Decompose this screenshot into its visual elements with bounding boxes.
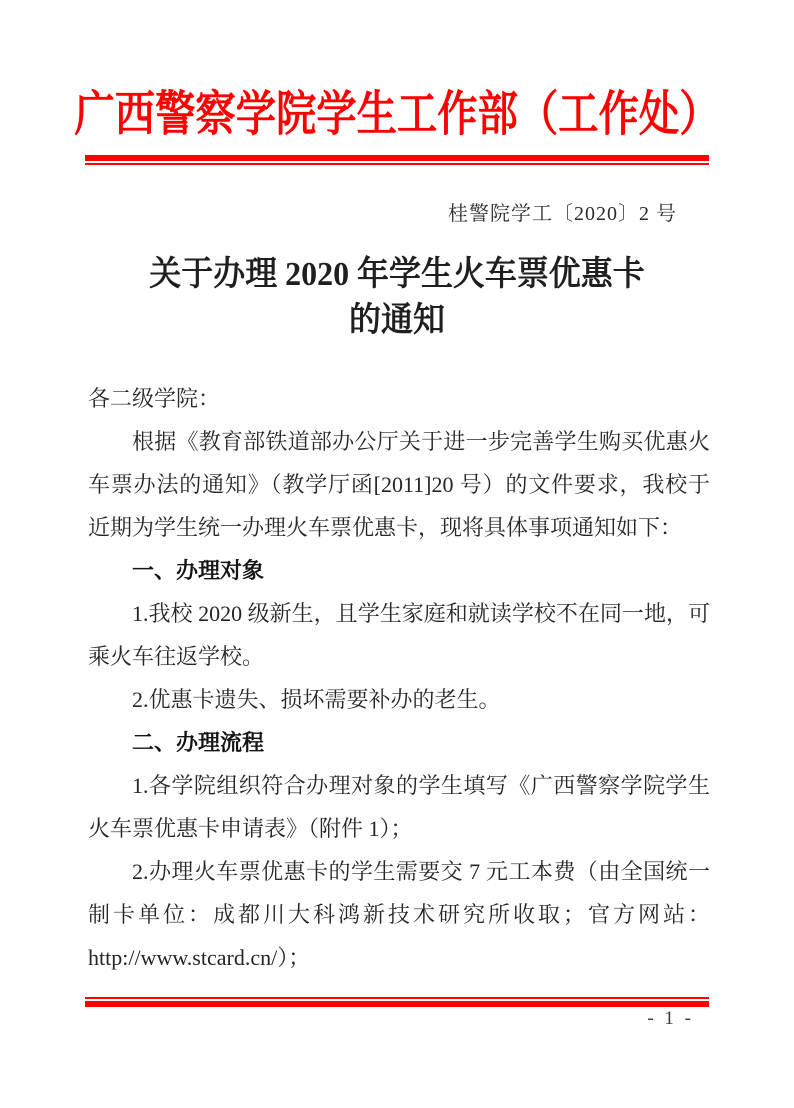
footer-double-rule xyxy=(85,997,709,1007)
notice-title: 关于办理 2020 年学生火车票优惠卡 的通知 xyxy=(24,252,770,344)
section-1-heading: 一、办理对象 xyxy=(88,549,710,592)
letterhead-org-title: 广西警察学院学生工作部（工作处） xyxy=(64,90,731,140)
document-page: 广西警察学院学生工作部（工作处） 桂警院学工〔2020〕2 号 关于办理 202… xyxy=(0,0,794,1108)
notice-body: 各二级学院： 根据《教育部铁道部办公厅关于进一步完善学生购买优惠火车票办法的通知… xyxy=(88,377,710,979)
document-number: 桂警院学工〔2020〕2 号 xyxy=(0,198,677,230)
intro-paragraph: 根据《教育部铁道部办公厅关于进一步完善学生购买优惠火车票办法的通知》（教学厅函[… xyxy=(88,420,710,549)
notice-title-line2: 的通知 xyxy=(24,298,770,344)
section-2-heading: 二、办理流程 xyxy=(88,721,710,764)
section-2-item-2: 2.办理火车票优惠卡的学生需要交 7 元工本费（由全国统一制卡单位：成都川大科鸿… xyxy=(88,850,710,979)
section-1-item-1: 1.我校 2020 级新生，且学生家庭和就读学校不在同一地，可乘火车往返学校。 xyxy=(88,592,710,678)
page-number: - 1 - xyxy=(647,1008,694,1030)
notice-title-line1: 关于办理 2020 年学生火车票优惠卡 xyxy=(24,252,770,298)
section-1-item-2: 2.优惠卡遗失、损坏需要补办的老生。 xyxy=(88,678,710,721)
salutation: 各二级学院： xyxy=(88,377,710,420)
header-double-rule xyxy=(85,155,709,165)
section-2-item-1: 1.各学院组织符合办理对象的学生填写《广西警察学院学生火车票优惠卡申请表》（附件… xyxy=(88,764,710,850)
